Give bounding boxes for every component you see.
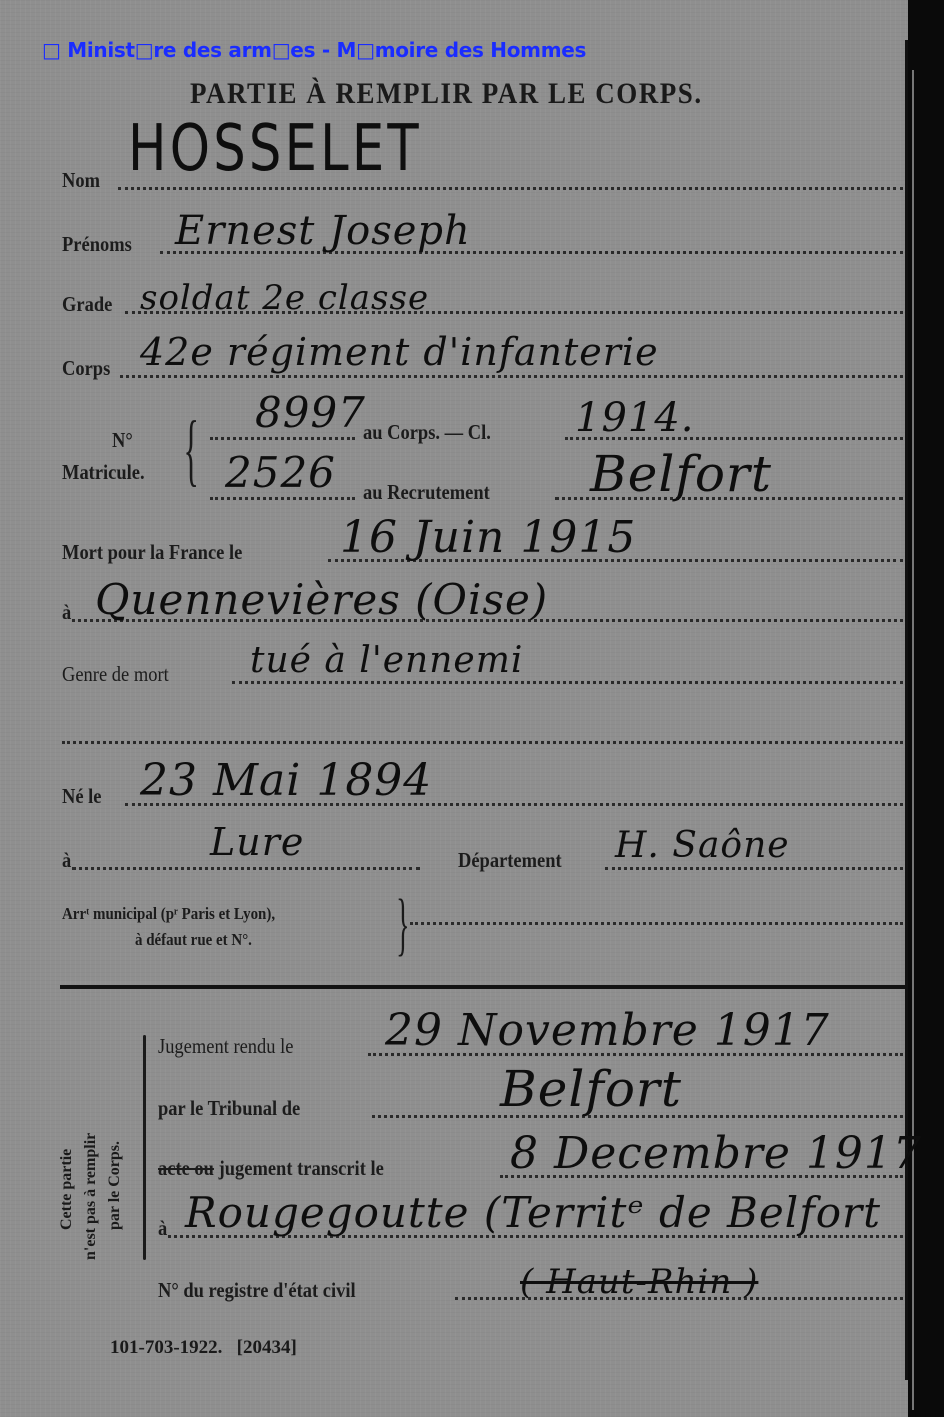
- genre-mort-line: [232, 681, 903, 684]
- departement-label: Département: [458, 848, 562, 873]
- corps-line: [120, 375, 903, 378]
- side-note-line2: n'est pas à remplir: [82, 1133, 100, 1260]
- death-record-card: □ Minist□re des arm□es - M□moire des Hom…: [0, 0, 908, 1417]
- corps-value: 42e régiment d'infanterie: [140, 330, 659, 374]
- ne-a-line: [72, 867, 420, 870]
- lieu-mort-value: Quennevières (Oise): [95, 575, 548, 624]
- arrondissement-brace: }: [396, 885, 409, 965]
- arrondissement-label-line1: Arrᵗ municipal (pʳ Paris et Lyon),: [62, 904, 275, 924]
- matricule-brace: {: [184, 405, 199, 496]
- transcrit-label: jugement transcrit le: [219, 1156, 384, 1180]
- side-note-line3: par le Corps.: [106, 1141, 124, 1230]
- tribunal-label: par le Tribunal de: [158, 1096, 300, 1121]
- form-title: PARTIE À REMPLIR PAR LE CORPS.: [190, 76, 703, 110]
- corps-label: Corps: [62, 356, 110, 381]
- matricule-recrutement-line: [210, 497, 355, 500]
- genre-mort-value: tué à l'ennemi: [250, 640, 523, 681]
- side-note-line1: Cette partie: [58, 1149, 76, 1230]
- departement-line: [605, 867, 903, 870]
- prenoms-label: Prénoms: [62, 232, 132, 257]
- ne-a-label: à: [62, 848, 71, 873]
- nom-value: HOSSELET: [128, 112, 422, 186]
- tribunal-value: Belfort: [500, 1060, 682, 1118]
- transcrit-a-value: Rougegoutte (Territᵉ de Belfort: [185, 1188, 881, 1237]
- transcrit-value: 8 Decembre 1917: [510, 1128, 922, 1179]
- arrondissement-label-line2: à défaut rue et N°.: [135, 930, 252, 950]
- grade-value: soldat 2e classe: [140, 278, 429, 318]
- nom-label: Nom: [62, 168, 100, 193]
- genre-mort-label: Genre de mort: [62, 662, 169, 687]
- matricule-recrutement-value: 2526: [225, 448, 336, 497]
- au-recrutement-label: au Recrutement: [363, 480, 490, 505]
- ne-le-value: 23 Mai 1894: [140, 755, 432, 806]
- matricule-corps-line: [210, 437, 355, 440]
- arrondissement-line: [410, 922, 903, 925]
- transcrit-label-wrap: acte ou jugement transcrit le: [158, 1156, 384, 1181]
- nom-line: [118, 187, 903, 190]
- side-note-brace: [143, 1035, 146, 1260]
- card-edge-shadow: [912, 70, 914, 1410]
- blank-line: [62, 741, 903, 744]
- prenoms-value: Ernest Joseph: [175, 208, 471, 254]
- watermark: □ Minist□re des arm□es - M□moire des Hom…: [42, 38, 586, 62]
- transcrit-a-label: à: [158, 1216, 167, 1241]
- registre-label: N° du registre d'état civil: [158, 1278, 356, 1303]
- matricule-no-label: N°: [112, 428, 133, 453]
- lieu-mort-label: à: [62, 600, 71, 625]
- print-code: 101-703-1922.: [110, 1337, 222, 1358]
- mort-label: Mort pour la France le: [62, 540, 242, 565]
- recrutement-place-value: Belfort: [590, 445, 772, 503]
- mort-value: 16 Juin 1915: [340, 512, 636, 563]
- registre-value: ( Haut-Rhin ): [520, 1262, 758, 1302]
- grade-label: Grade: [62, 292, 112, 317]
- ne-a-value: Lure: [210, 820, 304, 864]
- section-divider: [60, 985, 905, 989]
- transcrit-struck-label: acte ou: [158, 1156, 214, 1180]
- jugement-rendu-label: Jugement rendu le: [158, 1034, 293, 1059]
- ne-le-label: Né le: [62, 784, 102, 809]
- print-footer: 101-703-1922. [20434]: [110, 1337, 297, 1359]
- au-corps-label: au Corps. — Cl.: [363, 420, 491, 445]
- card-edge: [905, 40, 908, 1380]
- classe-value: 1914.: [575, 395, 695, 441]
- departement-value: H. Saône: [615, 825, 790, 866]
- print-ref: [20434]: [237, 1337, 297, 1358]
- matricule-corps-value: 8997: [255, 388, 366, 437]
- matricule-label: Matricule.: [62, 460, 145, 485]
- jugement-rendu-value: 29 Novembre 1917: [385, 1005, 830, 1056]
